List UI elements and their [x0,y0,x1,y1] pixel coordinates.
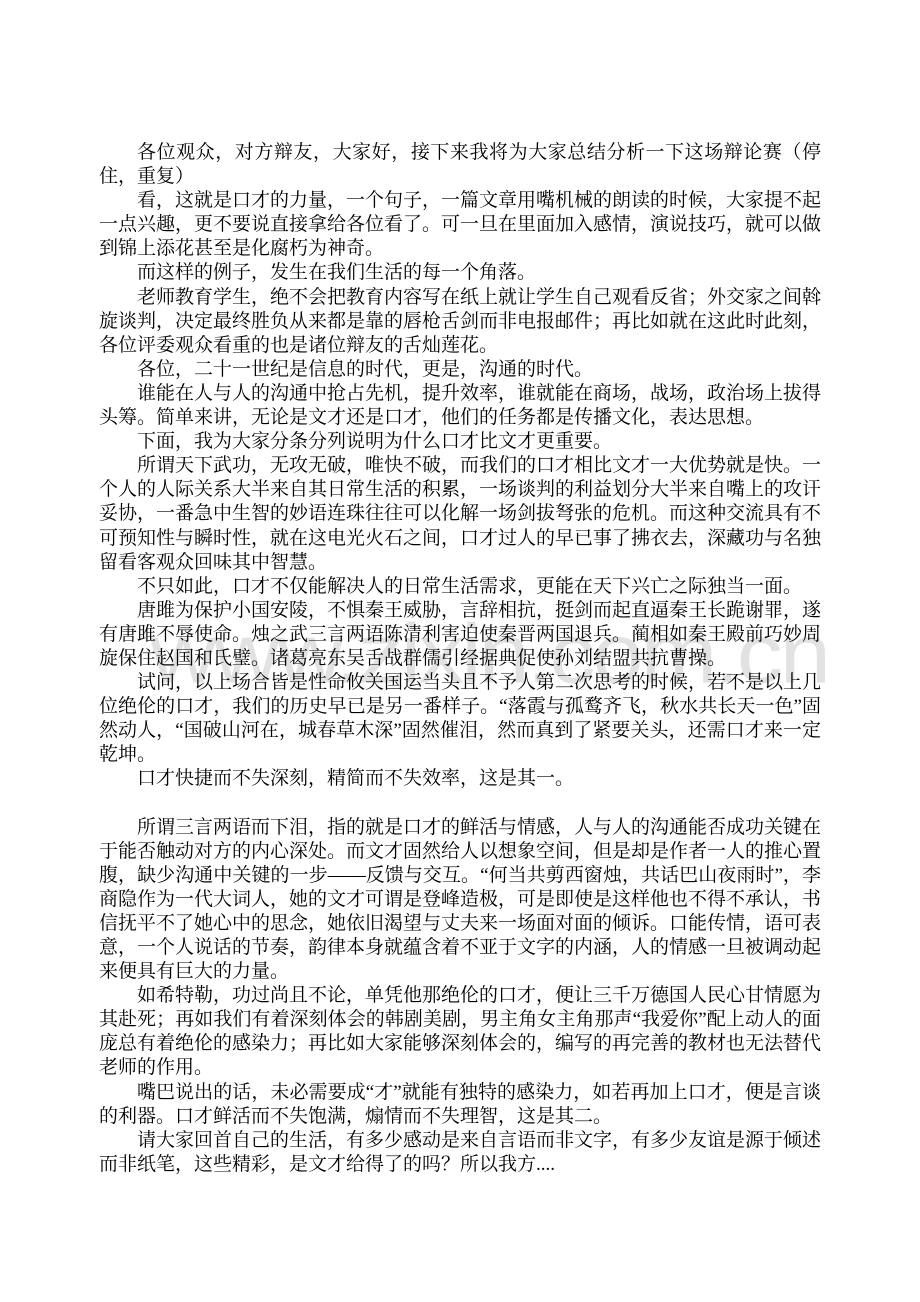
paragraph: 如希特勒，功过尚且不论，单凭他那绝伦的口才，便让三千万德国人民心甘情愿为其赴死；… [99,984,821,1080]
paragraph: 老师教育学生，绝不会把教育内容写在纸上就让学生自己观看反省；外交家之间斡旋谈判，… [99,286,821,358]
document-page: www.zixin.com.cn 各位观众，对方辩友，大家好，接下来我将为大家总… [0,0,920,1302]
paragraph: 请大家回首自己的生活，有多少感动是来自言语而非文字，有多少友谊是源于倾述而非纸笔… [99,1129,821,1177]
paragraph: 口才快捷而不失深刻，精简而不失效率，这是其一。 [99,767,821,791]
paragraph: 各位，二十一世纪是信息的时代，更是，沟通的时代。 [99,358,821,382]
paragraph: 各位观众，对方辩友，大家好，接下来我将为大家总结分析一下这场辩论赛（停住，重复） [99,141,821,189]
paragraph: 谁能在人与人的沟通中抢占先机，提升效率，谁就能在商场，战场，政治场上拔得头筹。简… [99,382,821,430]
paragraph: 不只如此，口才不仅能解决人的日常生活需求，更能在天下兴亡之际独当一面。 [99,575,821,599]
paragraph: 嘴巴说出的话，未必需要成“才”就能有独特的感染力，如若再加上口才，便是言谈的利器… [99,1081,821,1129]
paragraph: 看，这就是口才的力量，一个句子，一篇文章用嘴机械的朗读的时候，大家提不起一点兴趣… [99,189,821,261]
document-body: 各位观众，对方辩友，大家好，接下来我将为大家总结分析一下这场辩论赛（停住，重复）… [99,141,821,1177]
paragraph: 唐雎为保护小国安陵，不惧秦王威胁，言辞相抗，挺剑而起直逼秦王长跪谢罪，遂有唐雎不… [99,599,821,671]
paragraph: 试问，以上场合皆是性命攸关国运当头且不予人第二次思考的时候，若不是以上几位绝伦的… [99,671,821,767]
paragraph: 下面，我为大家分条分列说明为什么口才比文才更重要。 [99,430,821,454]
paragraph: 所谓三言两语而下泪，指的就是口才的鲜活与情感，人与人的沟通能否成功关键在于能否触… [99,816,821,985]
paragraph: 而这样的例子，发生在我们生活的每一个角落。 [99,261,821,285]
paragraph: 所谓天下武功，无攻无破，唯快不破，而我们的口才相比文才一大优势就是快。一个人的人… [99,454,821,574]
